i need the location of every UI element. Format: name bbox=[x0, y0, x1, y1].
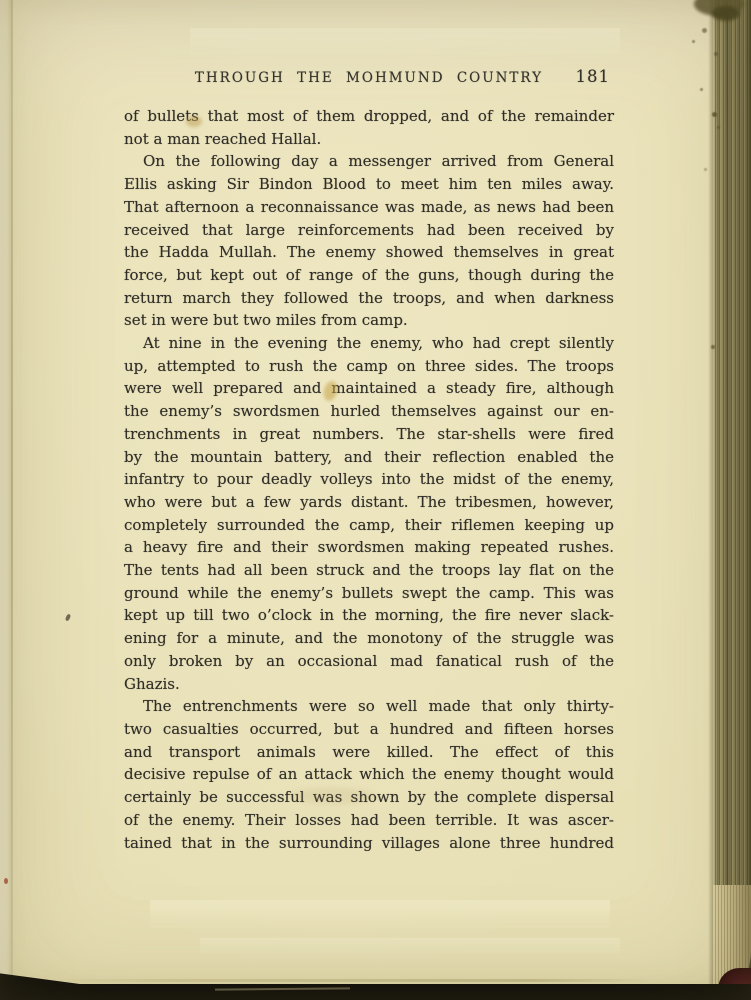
text-block: of bullets that most of them dropped, an… bbox=[124, 105, 614, 854]
paragraph: The entrenchments were so well made that… bbox=[124, 695, 614, 854]
foxing-speck bbox=[712, 112, 717, 117]
margin-mark bbox=[65, 613, 72, 621]
text-line: were well prepared and maintained a stea… bbox=[124, 377, 614, 400]
text-line: by the mountain battery, and their refle… bbox=[124, 446, 614, 469]
foxing-speck bbox=[700, 88, 703, 91]
foxing-speck bbox=[692, 40, 695, 43]
text-line: set in were but two miles from camp. bbox=[124, 309, 614, 332]
text-line: tained that in the surrounding villages … bbox=[124, 832, 614, 855]
foxing-speck bbox=[717, 126, 720, 129]
red-speck bbox=[4, 878, 8, 884]
scanner-light-band bbox=[200, 938, 620, 958]
foxing-speck bbox=[704, 168, 707, 171]
text-line: return march they followed the troops, a… bbox=[124, 287, 614, 310]
text-line: a heavy fire and their swordsmen making … bbox=[124, 536, 614, 559]
foxing-spot bbox=[712, 6, 740, 21]
page-edge-stripes bbox=[713, 0, 751, 1000]
text-line: ening for a minute, and the monotony of … bbox=[124, 627, 614, 650]
text-line: At nine in the evening the enemy, who ha… bbox=[124, 332, 614, 355]
text-line: of the enemy. Their losses had been terr… bbox=[124, 809, 614, 832]
foxing-speck bbox=[702, 28, 707, 33]
text-line: Ellis asking Sir Bindon Blood to meet hi… bbox=[124, 173, 614, 196]
text-line: completely surrounded the camp, their ri… bbox=[124, 514, 614, 537]
paper-stain bbox=[290, 788, 374, 804]
text-line: decisive repulse of an attack which the … bbox=[124, 763, 614, 786]
text-line: not a man reached Hallal. bbox=[124, 128, 614, 151]
foxing-speck bbox=[714, 52, 718, 56]
left-page-crease bbox=[11, 0, 13, 1000]
text-line: kept up till two o’clock in the morning,… bbox=[124, 604, 614, 627]
text-line: and transport animals were killed. The e… bbox=[124, 741, 614, 764]
text-line: On the following day a messenger arrived… bbox=[124, 150, 614, 173]
paragraph: At nine in the evening the enemy, who ha… bbox=[124, 332, 614, 695]
text-line: the Hadda Mullah. The enemy showed thems… bbox=[124, 241, 614, 264]
text-line: two casualties occurred, but a hundred a… bbox=[124, 718, 614, 741]
text-line: received that large reinforcements had b… bbox=[124, 219, 614, 242]
text-line: The tents had all been struck and the tr… bbox=[124, 559, 614, 582]
text-line: ground while the enemy’s bullets swept t… bbox=[124, 582, 614, 605]
text-line: The entrenchments were so well made that… bbox=[124, 695, 614, 718]
scanned-book-page: THROUGH THE MOHMUND COUNTRY 181 of bulle… bbox=[0, 0, 751, 1000]
paper-stain bbox=[186, 116, 202, 127]
text-line: who were but a few yards distant. The tr… bbox=[124, 491, 614, 514]
text-line: trenchments in great numbers. The star-s… bbox=[124, 423, 614, 446]
paragraph: On the following day a messenger arrived… bbox=[124, 150, 614, 332]
text-line: That afternoon a reconnaissance was made… bbox=[124, 196, 614, 219]
text-line: the enemy’s swordsmen hurled themselves … bbox=[124, 400, 614, 423]
page-bottom-edge-highlight bbox=[55, 979, 655, 982]
scanner-light-band bbox=[150, 900, 610, 930]
text-line: only broken by an occasional mad fanatic… bbox=[124, 650, 614, 673]
scanner-light-band bbox=[190, 28, 620, 58]
running-title: THROUGH THE MOHMUND COUNTRY bbox=[124, 70, 614, 86]
text-line: infantry to pour deadly volleys into the… bbox=[124, 468, 614, 491]
bottom-shadow-bar bbox=[0, 984, 751, 1000]
text-line: Ghazis. bbox=[124, 673, 614, 696]
text-line: up, attempted to rush the camp on three … bbox=[124, 355, 614, 378]
running-header: THROUGH THE MOHMUND COUNTRY 181 bbox=[124, 70, 614, 92]
page-number: 181 bbox=[576, 67, 611, 86]
text-line: force, but kept out of range of the guns… bbox=[124, 264, 614, 287]
foxing-speck bbox=[711, 345, 715, 349]
paragraph: of bullets that most of them dropped, an… bbox=[124, 105, 614, 150]
